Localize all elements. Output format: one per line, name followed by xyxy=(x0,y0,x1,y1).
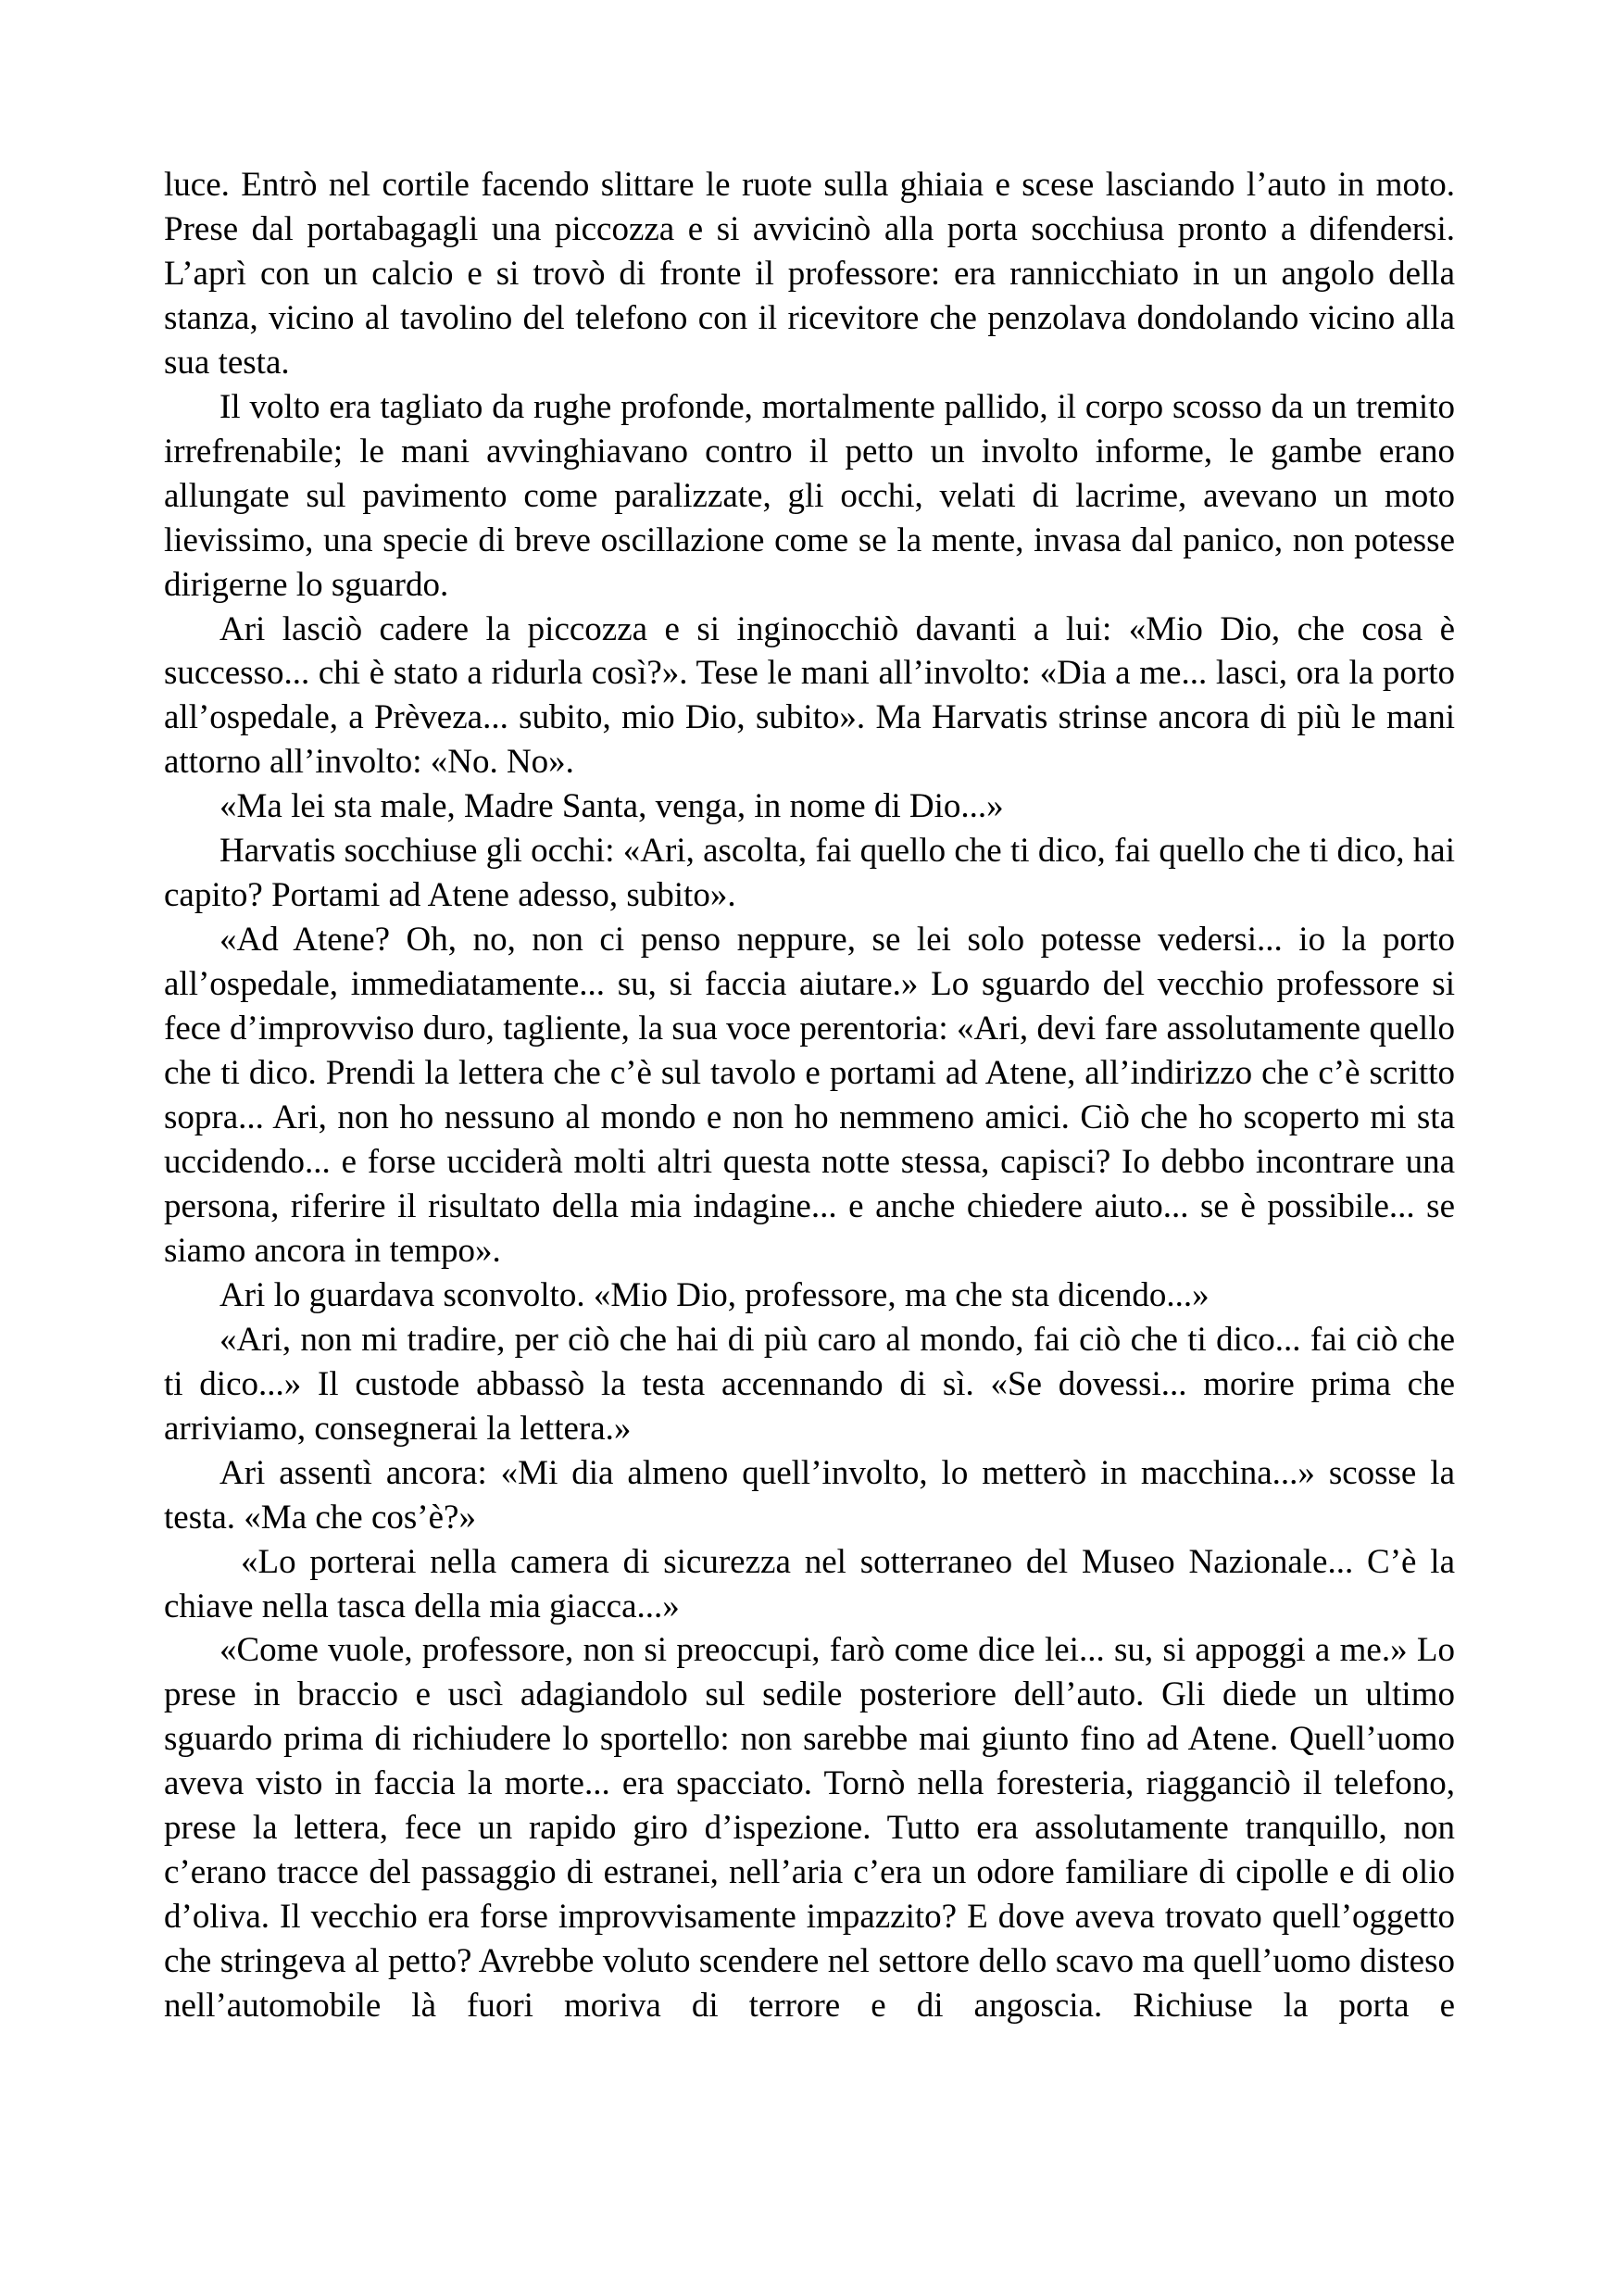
paragraph: «Lo porterai nella camera di sicurezza n… xyxy=(164,1540,1455,1629)
document-page: luce. Entrò nel cortile facendo slittare… xyxy=(164,163,1455,2028)
paragraph: «Ari, non mi tradire, per ciò che hai di… xyxy=(164,1318,1455,1451)
paragraph: Ari lasciò cadere la piccozza e si ingin… xyxy=(164,608,1455,785)
paragraph: Ari assentì ancora: «Mi dia almeno quell… xyxy=(164,1451,1455,1540)
paragraph: Ari lo guardava sconvolto. «Mio Dio, pro… xyxy=(164,1273,1455,1318)
paragraph: luce. Entrò nel cortile facendo slittare… xyxy=(164,163,1455,385)
paragraph: Il volto era tagliato da rughe profonde,… xyxy=(164,385,1455,608)
paragraph: «Ad Atene? Oh, no, non ci penso neppure,… xyxy=(164,918,1455,1273)
paragraph: «Ma lei sta male, Madre Santa, venga, in… xyxy=(164,784,1455,829)
paragraph: Harvatis socchiuse gli occhi: «Ari, asco… xyxy=(164,829,1455,918)
paragraph-last: «Come vuole, professore, non si preoccup… xyxy=(164,1628,1455,2028)
